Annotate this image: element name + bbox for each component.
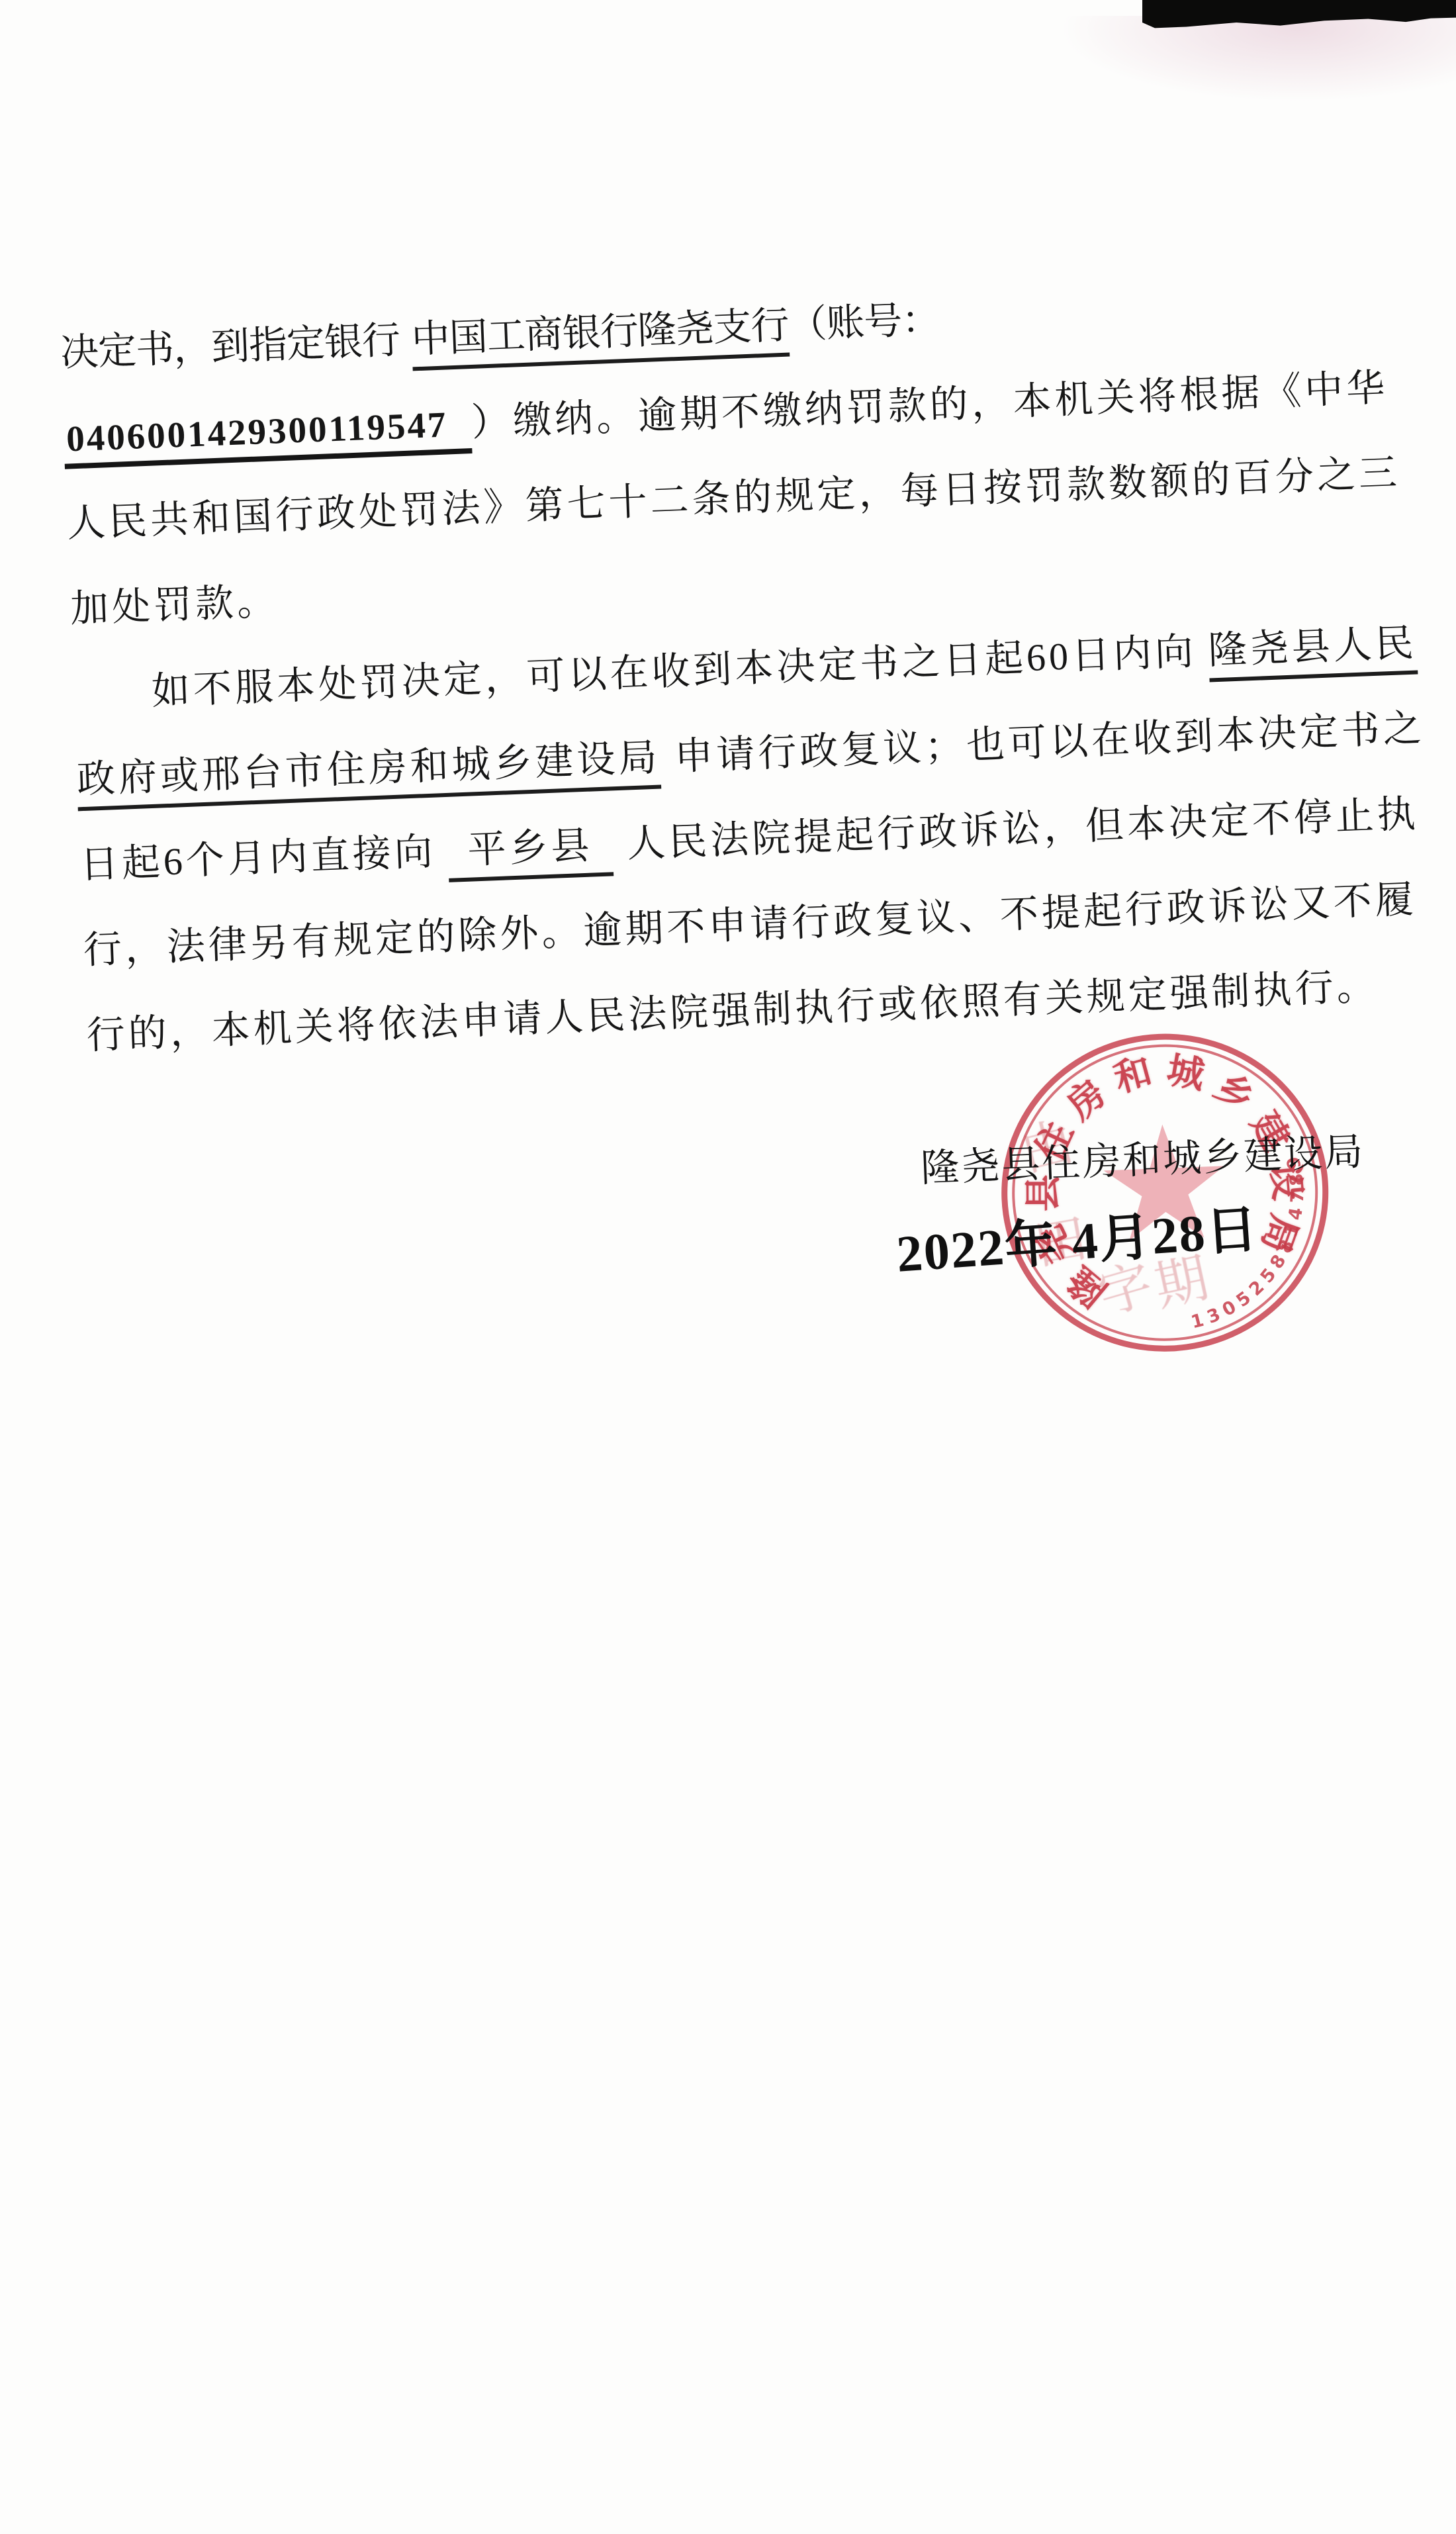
filled-blank-court: 平乡县 — [447, 823, 614, 882]
seal-glyph: 城 — [1161, 1049, 1210, 1098]
body-text: 决定书，到指定银行 — [60, 318, 400, 375]
filled-blank-account-number: 0406001429300119547 — [63, 403, 473, 469]
filled-blank-bank: 中国工商银行隆尧支行 — [411, 304, 790, 371]
scanned-document-page: 决定书，到指定银行中国工商银行隆尧支行（账号： 0406001429300119… — [0, 0, 1456, 2534]
scanner-bleed-artifact — [1059, 16, 1456, 102]
official-seal: ★ 隆尧县住房和城乡建设局 1305258814789 由田字期 — [995, 1027, 1334, 1358]
body-text: （账号： — [788, 298, 940, 347]
filled-blank-review-organ: 隆尧县人民 — [1208, 621, 1418, 682]
document-body: 决定书，到指定银行中国工商银行隆尧支行（账号： 0406001429300119… — [40, 277, 1456, 1641]
body-text: 加处罚款。 — [69, 579, 279, 630]
